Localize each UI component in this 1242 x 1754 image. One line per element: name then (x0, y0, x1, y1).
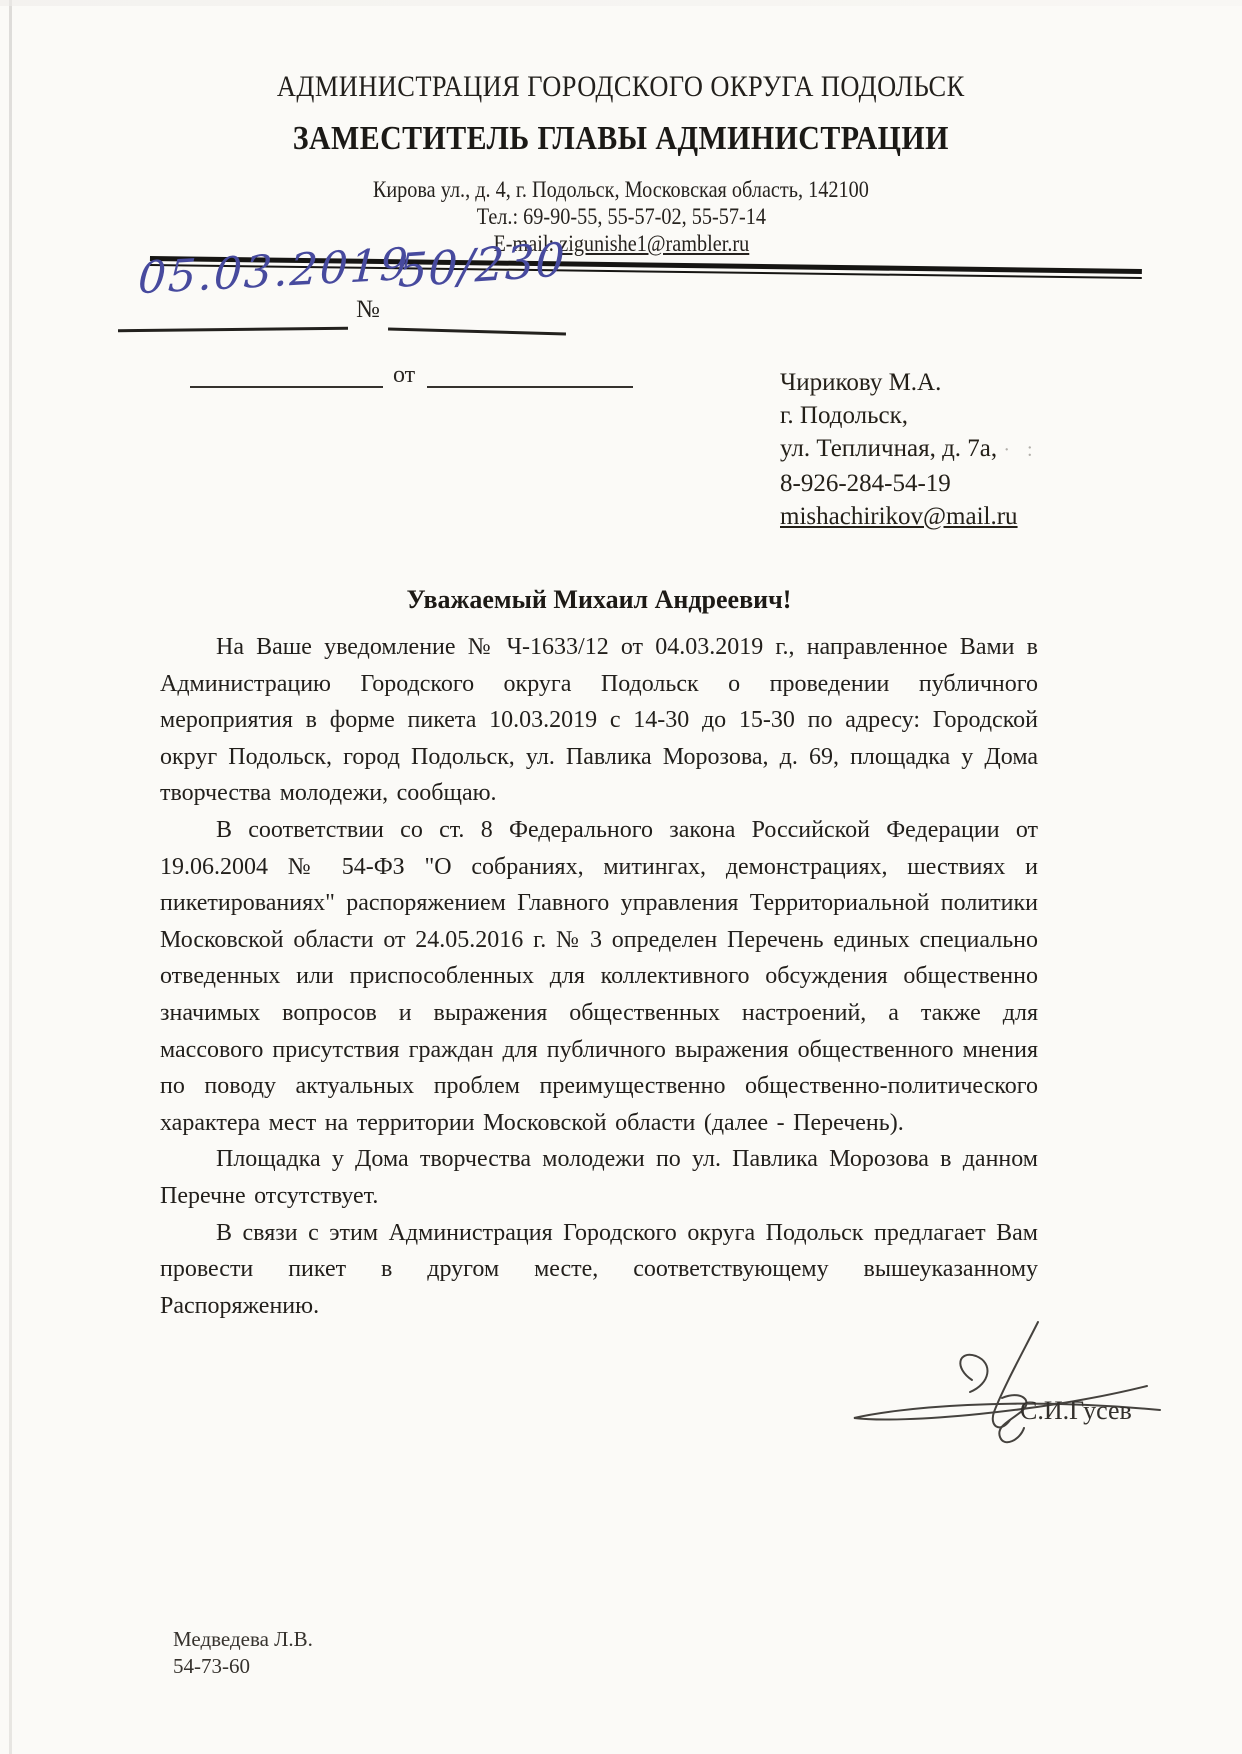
salutation: Уважаемый Михаил Андреевич! (160, 585, 1038, 615)
date-underline (118, 327, 348, 332)
body-paragraph-4: В связи с этим Администрация Городского … (160, 1215, 1038, 1325)
executor-block: Медведева Л.В. 54-73-60 (173, 1626, 313, 1680)
incoming-date-blank (427, 386, 633, 388)
letterhead-phone: Тел.: 69-90-55, 55-57-02, 55-57-14 (0, 203, 1242, 230)
scan-edge-artifact (0, 0, 1242, 6)
number-sign-label: № (356, 296, 380, 324)
redacted-marks: · : (1003, 434, 1038, 467)
handwritten-signature-icon (842, 1318, 1172, 1453)
signer-name: С.И.Гусев (1020, 1396, 1132, 1426)
scan-edge-artifact (9, 0, 12, 1754)
recipient-name: Чирикову М.А. (780, 366, 1039, 399)
letterhead-email: zigunishe1@rambler.ru (559, 231, 749, 256)
recipient-city: г. Подольск, (780, 399, 1039, 432)
body-paragraph-1: На Ваше уведомление № Ч-1633/12 от 04.03… (160, 629, 1038, 812)
body-paragraph-2: В соответствии со ст. 8 Федерального зак… (160, 812, 1038, 1141)
letterhead-address: Кирова ул., д. 4, г. Подольск, Московска… (0, 176, 1242, 203)
incoming-number-blank (190, 386, 383, 388)
recipient-block: Чирикову М.А. г. Подольск, ул. Тепличная… (780, 366, 1039, 533)
recipient-street: ул. Тепличная, д. 7а, · : (780, 432, 1039, 467)
recipient-email: mishachirikov@mail.ru (780, 500, 1039, 533)
letterhead: АДМИНИСТРАЦИЯ ГОРОДСКОГО ОКРУГА ПОДОЛЬСК… (0, 70, 1242, 257)
letterhead-position-title: ЗАМЕСТИТЕЛЬ ГЛАВЫ АДМИНИСТРАЦИИ (0, 120, 1242, 158)
body-paragraph-3: Площадка у Дома творчества молодежи по у… (160, 1141, 1038, 1214)
letter-page: АДМИНИСТРАЦИЯ ГОРОДСКОГО ОКРУГА ПОДОЛЬСК… (0, 0, 1242, 1754)
executor-phone: 54-73-60 (173, 1653, 313, 1680)
number-underline (388, 328, 566, 336)
letterhead-organization: АДМИНИСТРАЦИЯ ГОРОДСКОГО ОКРУГА ПОДОЛЬСК (0, 70, 1242, 104)
from-label: от (393, 362, 415, 389)
executor-name: Медведева Л.В. (173, 1626, 313, 1653)
recipient-phone: 8-926-284-54-19 (780, 467, 1039, 500)
letter-body: На Ваше уведомление № Ч-1633/12 от 04.03… (160, 629, 1038, 1324)
handwritten-outgoing-number: 50/230 (397, 232, 566, 298)
